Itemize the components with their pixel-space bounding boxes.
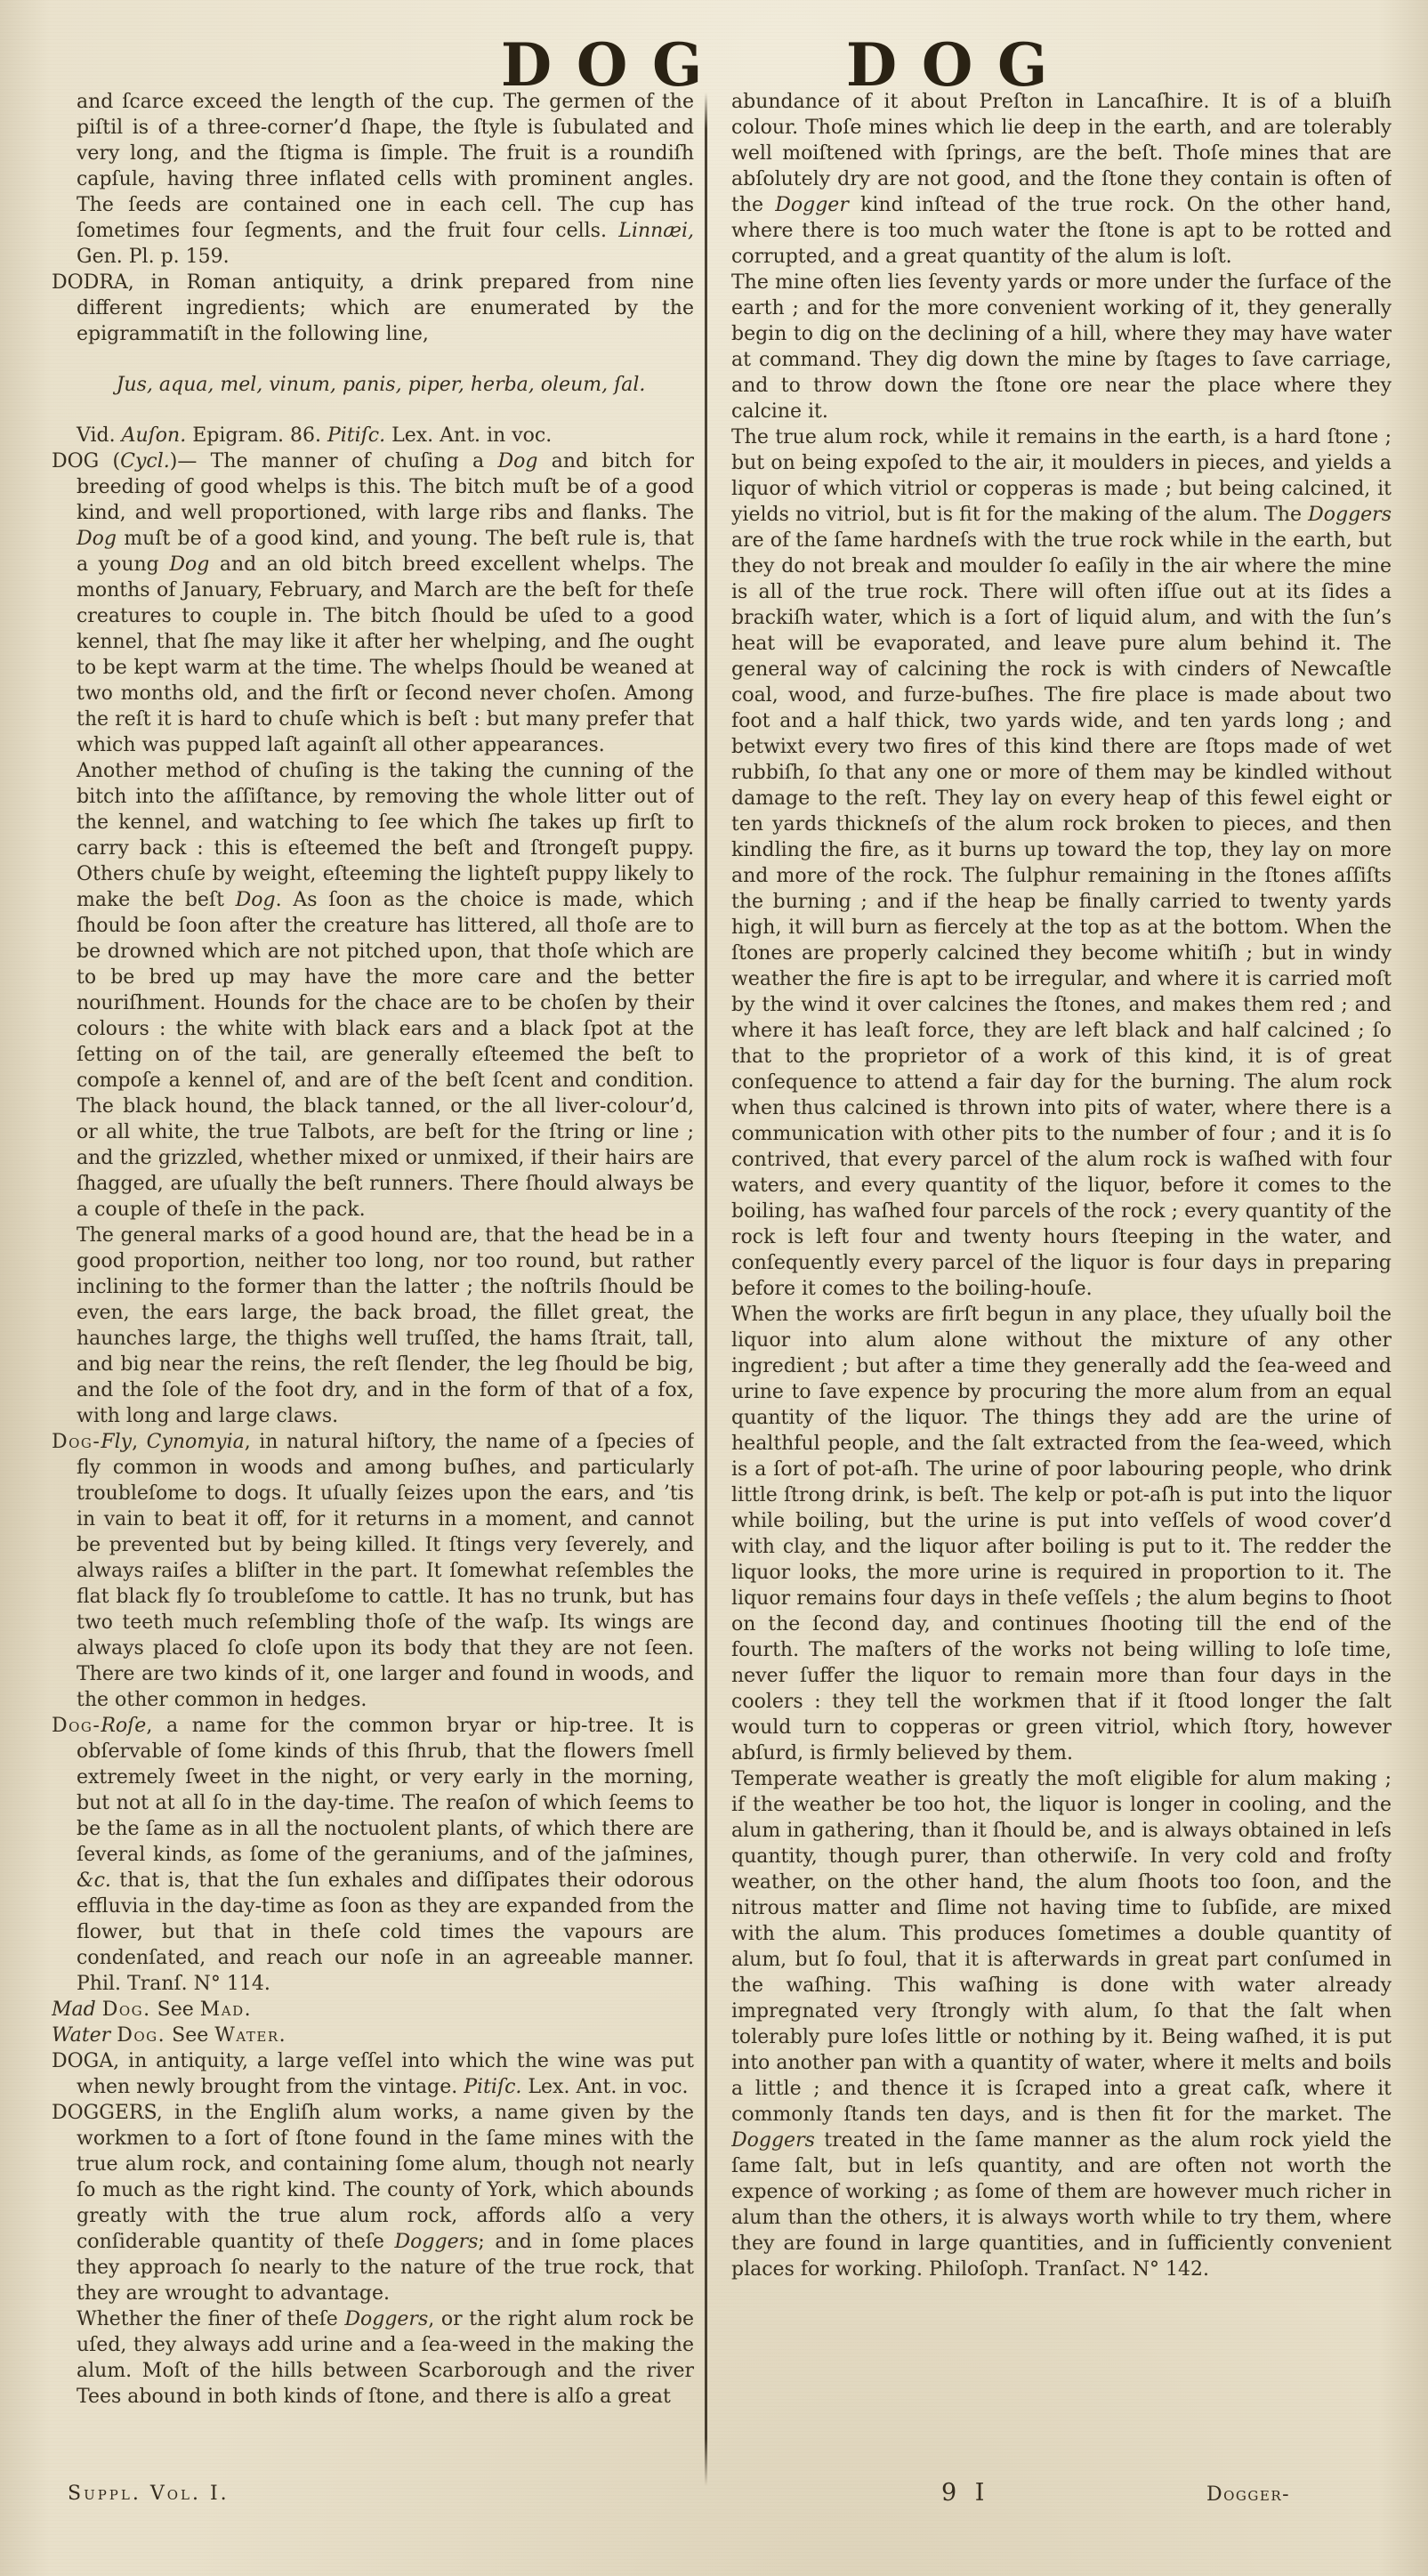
text-segment: Pitiſc. (464, 2076, 521, 2098)
text-segment: Auſon. (122, 424, 187, 447)
text-segment: Cycl. (120, 450, 170, 472)
entry-paragraph: Dog-Fly, Cynomyia, in natural hiſtory, t… (77, 1429, 694, 1713)
text-segment: Dog. (102, 1999, 151, 2021)
paragraph: and ſcarce exceed the length of the cup.… (77, 89, 694, 270)
text-segment: Water (52, 2024, 110, 2047)
paragraph: When the works are firſt begun in any pl… (731, 1302, 1392, 1766)
text-segment: &c. (77, 1869, 111, 1892)
text-segment: Doggers (731, 2129, 815, 2152)
text-segment: Doggers (344, 2308, 428, 2330)
text-segment: Doggers (1308, 504, 1392, 526)
text-segment: Dog- (52, 1431, 101, 1453)
text-segment: Mad. (200, 1999, 252, 2021)
text-segment: Dog (497, 450, 537, 472)
citation-line: Vid. Auſon. Epigram. 86. Pitiſc. Lex. An… (77, 423, 694, 448)
text-segment: Dog (236, 889, 276, 911)
left-column: and ſcarce exceed the length of the cup.… (52, 89, 694, 2497)
text-segment: Linnæi, (618, 220, 694, 242)
column-divider (705, 93, 707, 2486)
gathering-signature: 9 I (941, 2479, 989, 2507)
text-segment: Dog- (52, 1715, 101, 1737)
right-column: abundance of it about Preſton in Lancaſh… (731, 89, 1392, 2497)
text-segment: Cynomyia (147, 1431, 245, 1453)
paragraph: abundance of it about Preſton in Lancaſh… (731, 89, 1392, 270)
text-segment: Fly (101, 1431, 132, 1453)
paragraph: Another method of chuſing is the taking … (77, 758, 694, 1223)
text-segment: Pitiſc. (327, 424, 385, 447)
volume-signature: Suppl. Vol. I. (68, 2483, 230, 2505)
text-segment: Jus, aqua, mel, vinum, panis, piper, her… (117, 374, 646, 396)
text-segment: Dogger (775, 194, 849, 216)
entry-paragraph: DOGGERS, in the Engliſh alum works, a na… (77, 2100, 694, 2306)
entry-paragraph: Dog-Roſe, a name for the common bryar or… (77, 1713, 694, 1997)
entry-paragraph: DOG (Cycl.)— The manner of chuſing a Dog… (77, 448, 694, 758)
text-segment: Doggers (395, 2231, 479, 2253)
text-segment: Dog (77, 528, 117, 550)
paragraph: Whether the finer of theſe Doggers, or t… (77, 2306, 694, 2410)
entry-paragraph: DODRA, in Roman antiquity, a drink prepa… (77, 270, 694, 347)
text-segment: Dog (169, 553, 209, 576)
verse-line: Jus, aqua, mel, vinum, panis, piper, her… (77, 372, 685, 398)
cross-reference-line: Water Dog. See Water. (77, 2023, 694, 2048)
paragraph: The true alum rock, while it remains in … (731, 424, 1392, 1302)
text-segment: Mad (52, 1999, 96, 2021)
text-segment: Water. (214, 2024, 286, 2047)
page: DOG DOG and ſcarce exceed the length of … (0, 0, 1428, 2576)
text-segment: Roſe (101, 1715, 146, 1737)
paragraph: The general marks of a good hound are, t… (77, 1223, 694, 1429)
cross-reference-line: Mad Dog. See Mad. (77, 1997, 694, 2023)
catchword: Dogger- (1206, 2483, 1290, 2506)
text-segment: Dog. (117, 2024, 165, 2047)
paragraph: The mine often lies ſeventy yards or mor… (731, 270, 1392, 424)
entry-paragraph: DOGA, in antiquity, a large veſſel into … (77, 2048, 694, 2100)
paragraph: Temperate weather is greatly the moſt el… (731, 1766, 1392, 2282)
